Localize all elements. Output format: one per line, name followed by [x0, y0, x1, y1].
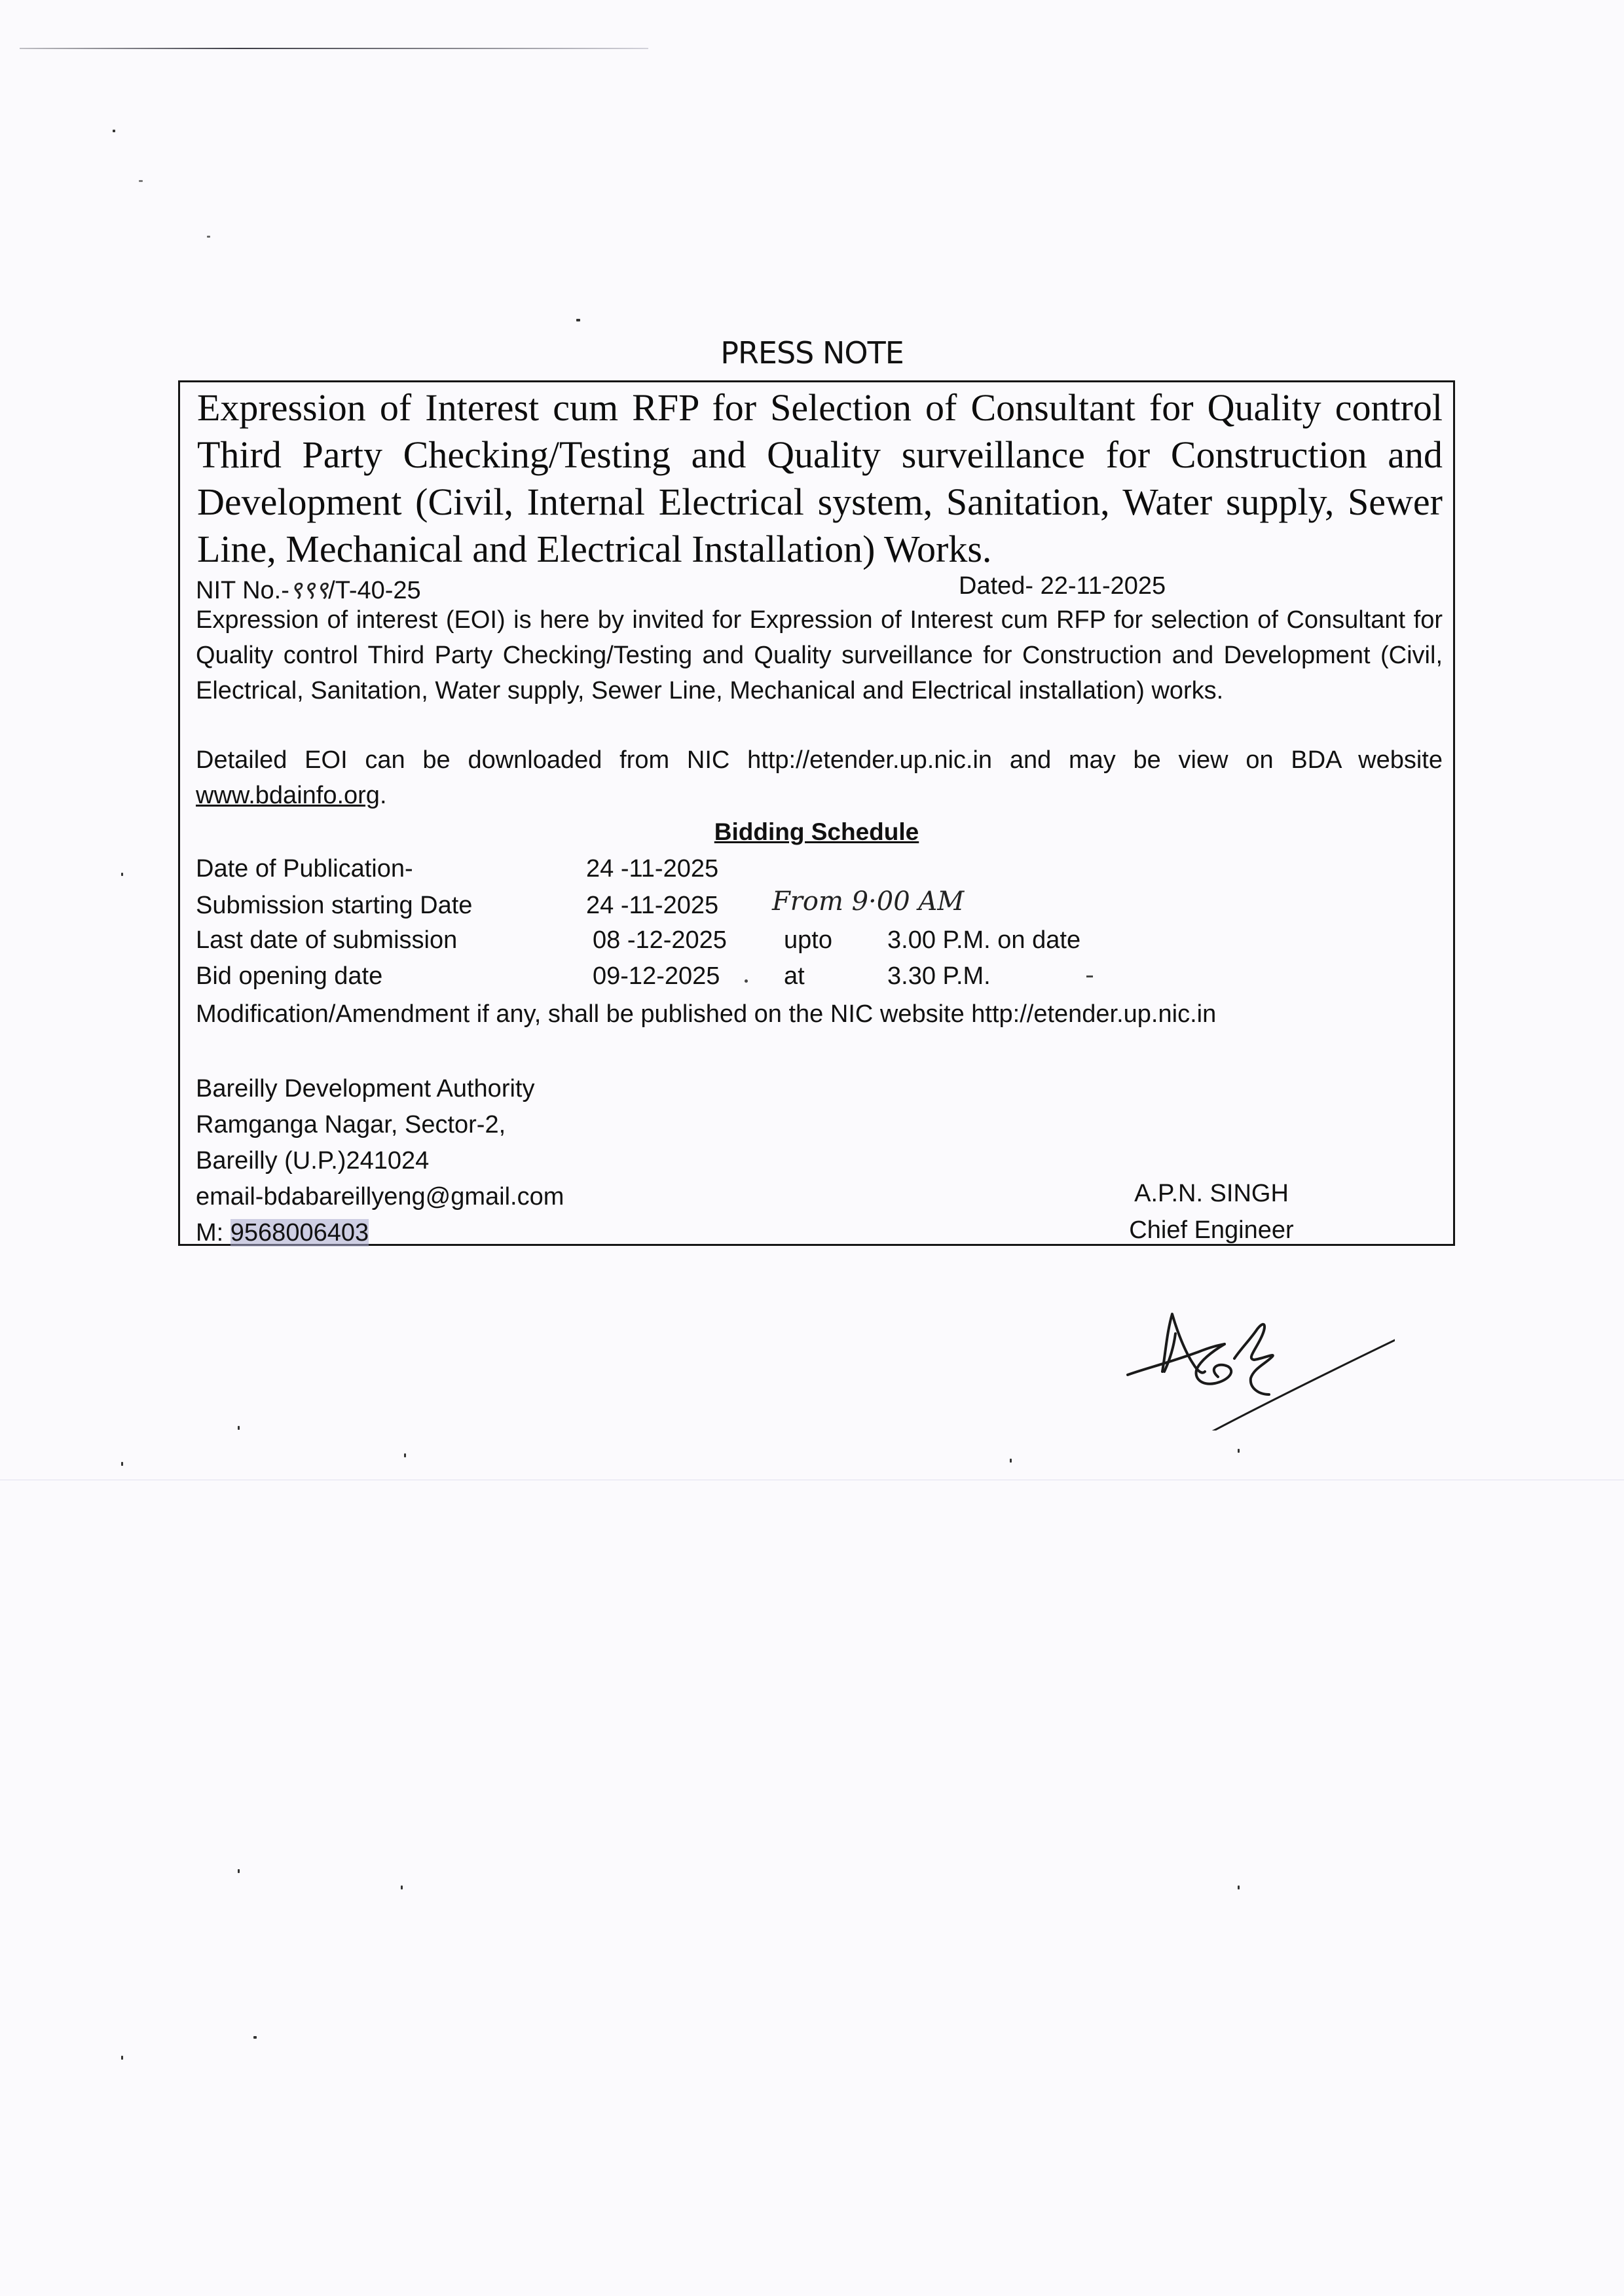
schedule-date: 24 -11-2025: [586, 855, 718, 883]
schedule-row-last-date: Last date of submission 08 -12-2025 upto…: [196, 926, 1440, 959]
scan-speck: [745, 979, 748, 983]
phone-number[interactable]: 9568006403: [231, 1219, 369, 1247]
signature-icon: [1120, 1286, 1395, 1430]
nit-row: NIT No.-९९९/T-40-25 Dated- 22-11-2025: [196, 572, 1440, 605]
scan-speck: [1086, 975, 1093, 977]
nit-number: NIT No.-९९९/T-40-25: [196, 572, 421, 606]
schedule-date: 24 -11-2025: [586, 892, 718, 920]
scan-speck: [1238, 1449, 1240, 1453]
download-note: Detailed EOI can be downloaded from NIC …: [196, 742, 1443, 813]
schedule-row-bid-opening: Bid opening date 09-12-2025 at 3.30 P.M.: [196, 962, 1440, 995]
scan-speck: [576, 319, 580, 321]
press-note-box: Expression of Interest cum RFP for Selec…: [178, 380, 1455, 1246]
issuer-address-line1: Ramganga Nagar, Sector-2,: [196, 1107, 564, 1143]
issuer-address-line2: Bareilly (U.P.)241024: [196, 1143, 564, 1179]
bidding-schedule-title: Bidding Schedule: [180, 818, 1453, 846]
modification-note: Modification/Amendment if any, shall be …: [196, 1000, 1216, 1029]
page-title: PRESS NOTE: [0, 335, 1624, 371]
scan-speck: [121, 873, 123, 876]
bda-website-link[interactable]: www.bdainfo.org: [196, 782, 380, 809]
signatory-designation: Chief Engineer: [1097, 1212, 1326, 1248]
schedule-label: Last date of submission: [196, 926, 457, 955]
schedule-time: 3.30 P.M.: [887, 962, 991, 991]
scan-speck: [1238, 1886, 1240, 1889]
scan-speck: [238, 1426, 240, 1430]
eoi-paragraph: Expression of interest (EOI) is here by …: [196, 602, 1443, 708]
schedule-time: 3.00 P.M. on date: [887, 926, 1080, 955]
scan-speck: [121, 2056, 123, 2060]
scan-speck: [113, 130, 115, 132]
nit-date: Dated- 22-11-2025: [959, 572, 1166, 600]
scan-speck: [139, 180, 143, 182]
scan-speck: [121, 1462, 123, 1466]
schedule-connector: at: [784, 962, 805, 991]
scan-speck: [207, 236, 210, 238]
scan-fold-line: [0, 1480, 1624, 1480]
scan-speck: [238, 1869, 240, 1873]
issuer-email[interactable]: email-bdabareillyeng@gmail.com: [196, 1179, 564, 1215]
nit-prefix: NIT No.-: [196, 577, 289, 604]
download-note-text: Detailed EOI can be downloaded from NIC …: [196, 746, 1443, 774]
handwritten-start-time: From 9·00 AM: [772, 886, 964, 917]
schedule-date: 08 -12-2025: [593, 926, 727, 955]
schedule-row-publication: Date of Publication- 24 -11-2025: [196, 855, 1440, 888]
issuer-address: Bareilly Development Authority Ramganga …: [196, 1071, 564, 1251]
notice-heading: Expression of Interest cum RFP for Selec…: [197, 384, 1443, 573]
schedule-connector: upto: [784, 926, 832, 955]
scan-artifact-line: [20, 48, 648, 49]
phone-prefix: M:: [196, 1219, 231, 1247]
issuer-phone: M: 9568006403: [196, 1215, 564, 1251]
signatory-name: A.P.N. SINGH: [1097, 1175, 1326, 1212]
signatory-block: A.P.N. SINGH Chief Engineer: [1097, 1175, 1326, 1248]
schedule-date: 09-12-2025: [593, 962, 720, 991]
schedule-label: Date of Publication-: [196, 855, 413, 883]
schedule-row-submission-start: Submission starting Date 24 -11-2025 Fro…: [196, 892, 1440, 924]
schedule-label: Submission starting Date: [196, 892, 472, 920]
scan-speck: [401, 1886, 403, 1889]
scan-speck: [404, 1453, 406, 1457]
schedule-label: Bid opening date: [196, 962, 382, 991]
scan-speck: [253, 2036, 257, 2039]
download-note-trailing: .: [380, 782, 387, 809]
issuer-organization: Bareilly Development Authority: [196, 1071, 564, 1107]
nit-handwritten-number: ९९९: [289, 575, 328, 604]
nit-suffix: /T-40-25: [328, 577, 421, 604]
scan-speck: [1010, 1459, 1012, 1463]
